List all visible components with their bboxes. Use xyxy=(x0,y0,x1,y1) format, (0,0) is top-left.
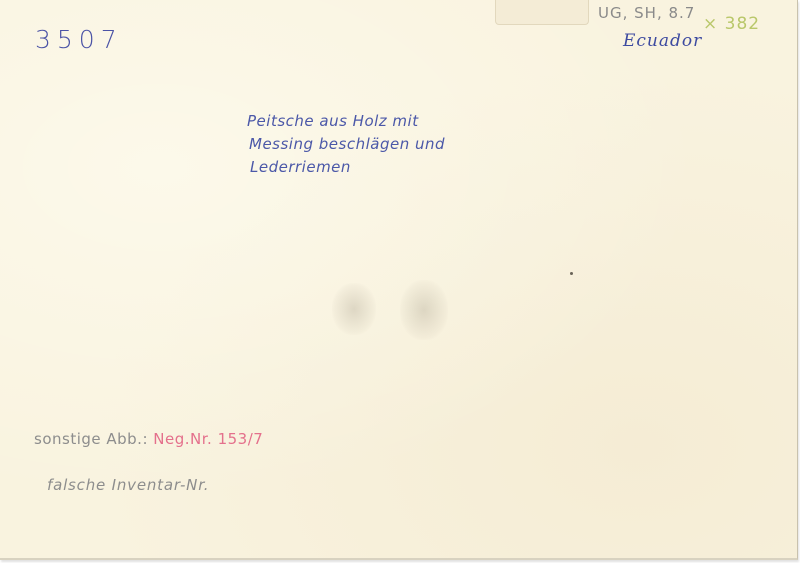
green-reference-number: × 382 xyxy=(703,14,760,34)
paper-speck xyxy=(570,272,573,275)
negative-number: Neg.Nr. 153/7 xyxy=(153,430,263,448)
description-line-3: Lederriemen xyxy=(250,156,445,179)
archive-card: 3507 UG, SH, 8.7 × 382 Ecuador Peitsche … xyxy=(0,0,798,560)
glue-stain-left xyxy=(332,283,376,335)
other-images-label: sonstige Abb.: xyxy=(34,430,148,448)
tape-strip xyxy=(495,0,589,25)
other-images-note: sonstige Abb.: Neg.Nr. 153/7 xyxy=(34,430,263,448)
object-description: Peitsche aus Holz mit Messing beschlägen… xyxy=(247,110,445,179)
wrong-inventory-note: falsche Inventar-Nr. xyxy=(47,476,209,494)
description-line-1: Peitsche aus Holz mit xyxy=(247,110,445,133)
collection-code: UG, SH, 8.7 xyxy=(598,4,695,22)
inventory-number: 3507 xyxy=(35,25,123,54)
country-label: Ecuador xyxy=(623,31,702,51)
description-line-2: Messing beschlägen und xyxy=(249,133,445,156)
glue-stain-right xyxy=(400,280,448,340)
